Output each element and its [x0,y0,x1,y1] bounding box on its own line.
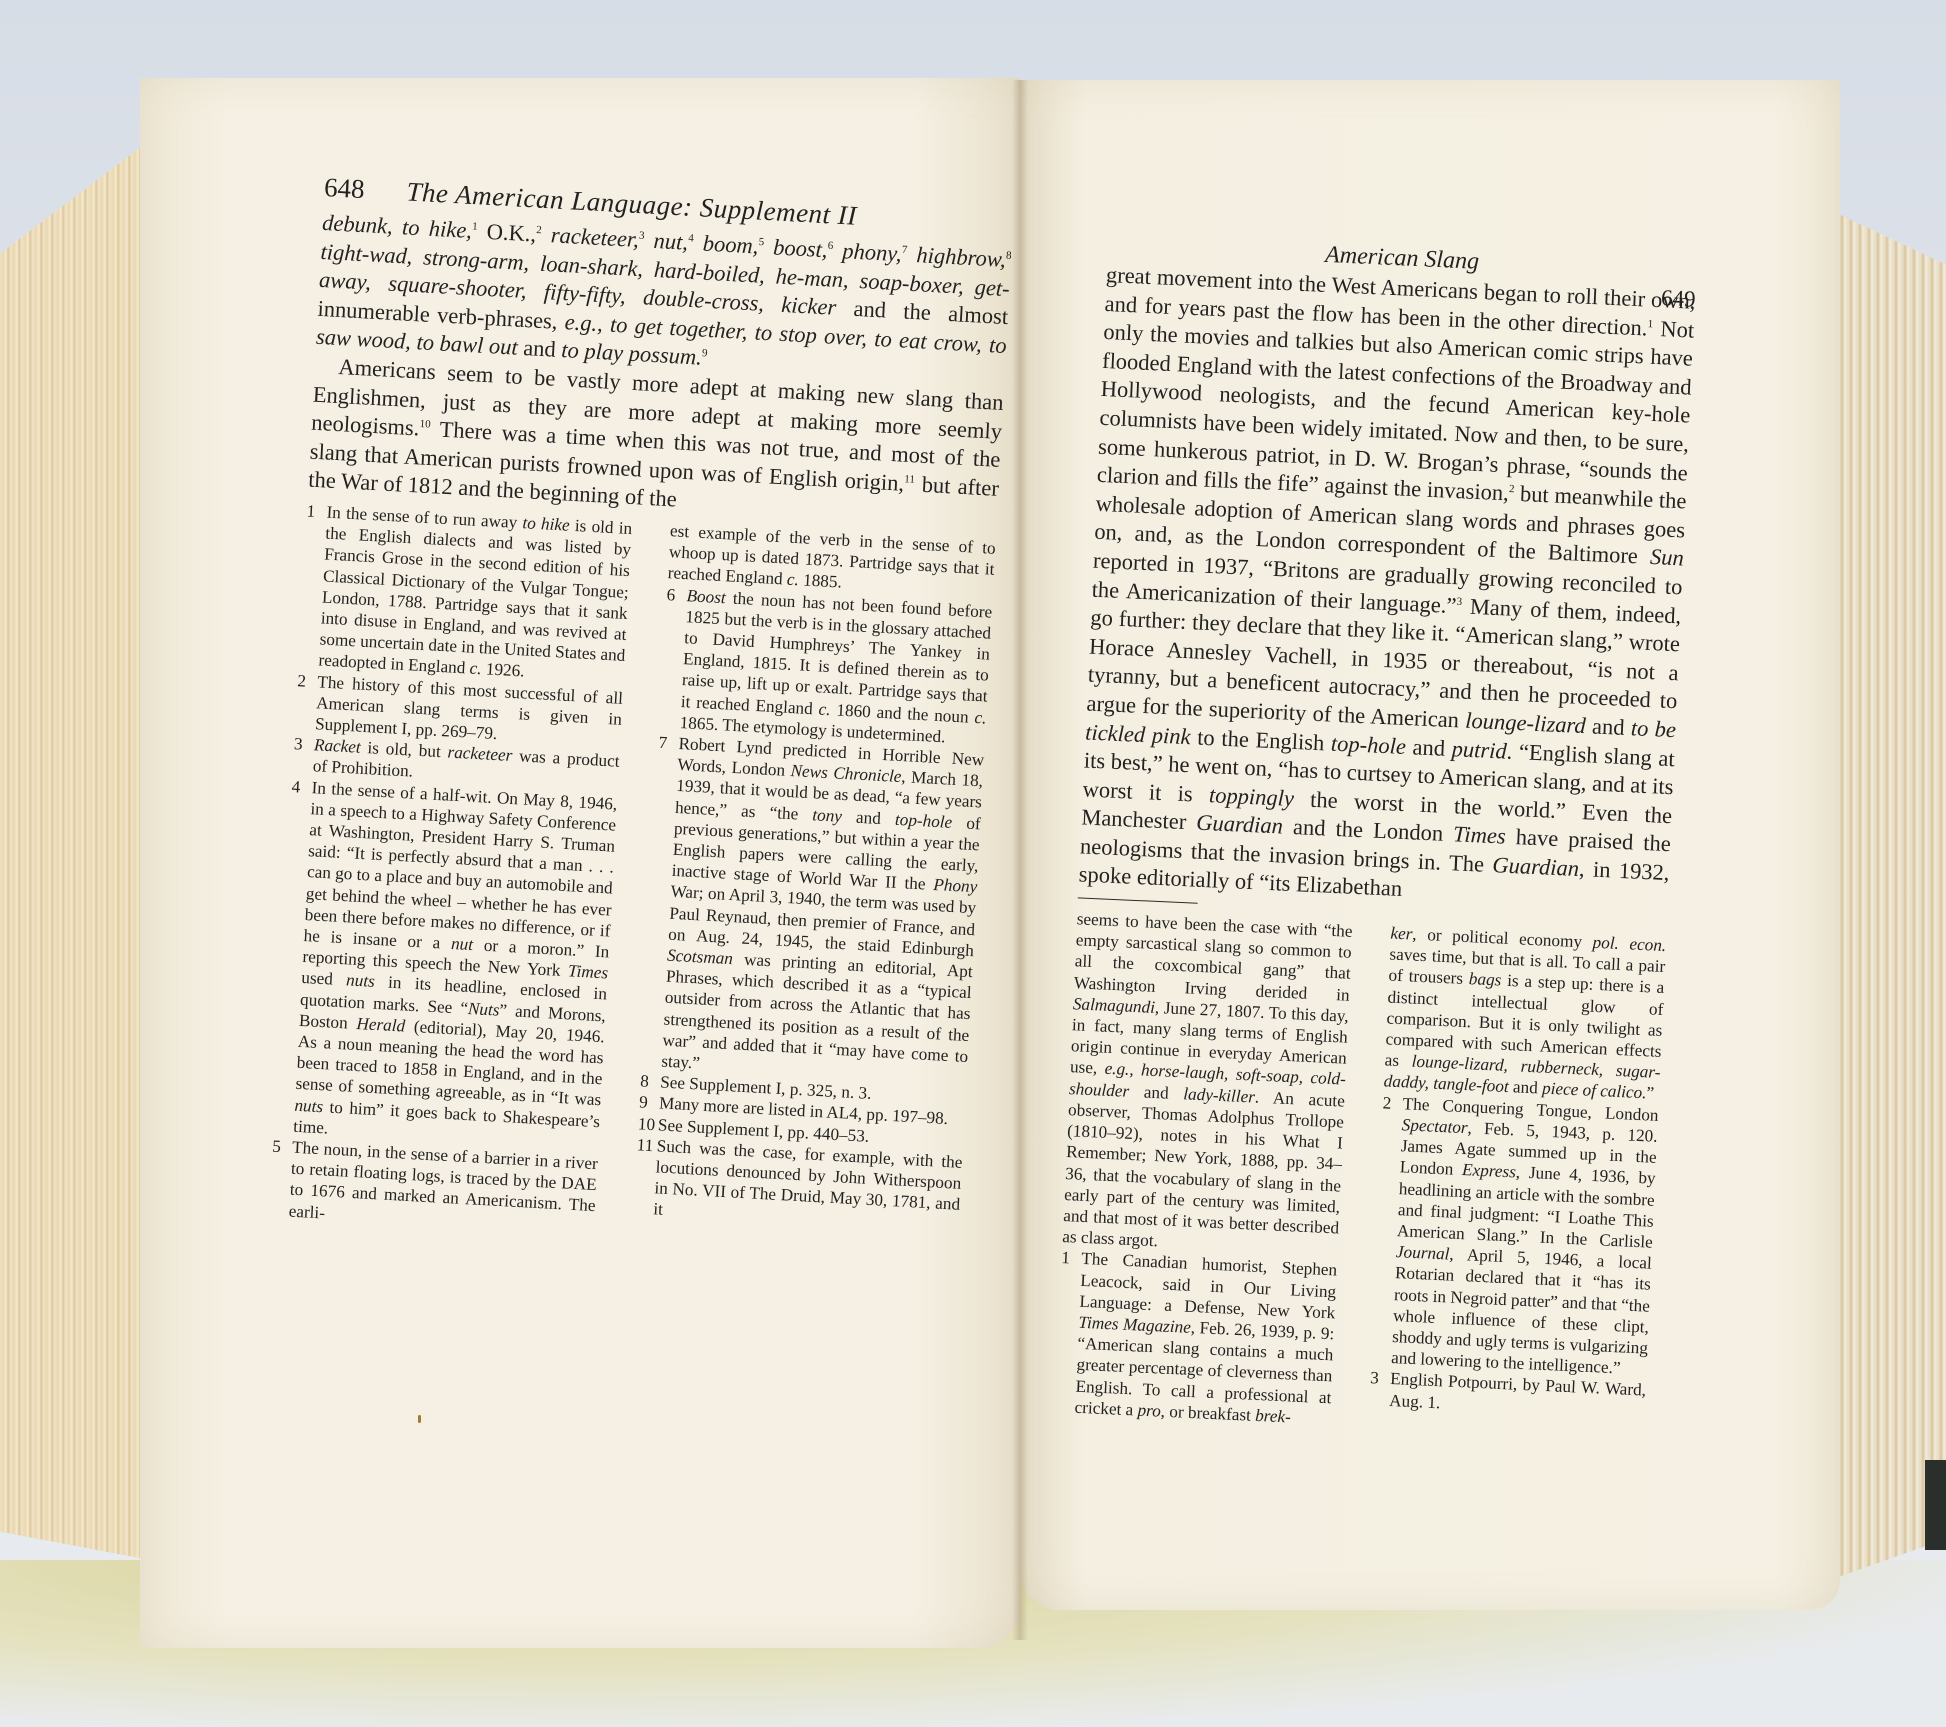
left-footnotes-col-1: 1In the sense of to run away to hike is … [268,500,633,1237]
text-run: Not only the movies and talkies but also… [1096,315,1694,505]
footnote-continuation: seems to have been the case with “the em… [1062,908,1353,1259]
text-run: and [1405,734,1452,761]
text-run: Times [1453,822,1507,849]
left-footnotes-col-2: est example of the verb in the sense of … [632,520,997,1257]
footnote: 2The Conquering Tongue, London Spectator… [1371,1092,1659,1380]
right-footnotes-col-1: seems to have been the case with “the em… [1054,908,1353,1429]
book-gutter [1012,80,1028,1640]
text-run: and the London [1282,814,1453,847]
text-run: pol. econ. [1592,933,1666,955]
text-run: nut [451,934,474,954]
text-run: , or breakfast [1160,1401,1255,1424]
page-number: 649 [1660,285,1696,313]
left-footnotes-col-2-list: 6Boost the noun has not been found befor… [633,584,993,1237]
text-run: and [517,335,562,362]
text-run: is old, but [360,738,448,762]
text-run: and [841,806,895,828]
text-run: top-hole [1330,730,1406,758]
footnote-continuation: ker, or political economy pol. econ. sav… [1383,923,1666,1105]
footnote-number: 10 [637,1113,658,1135]
text-run: racketeer [447,743,513,765]
text-run: nut, [644,227,689,254]
text-run: bags [1468,970,1501,990]
footnote-number: 8 [640,1071,661,1093]
text-run: is old in the English dialects and was l… [318,516,633,678]
text-run: tony [812,805,843,826]
text-run: pro [1137,1400,1161,1420]
footnote: 4In the sense of a half-wit. On May 8, 1… [273,776,618,1154]
right-page-content: American Slang 649 great movement into t… [1054,232,1697,1443]
text-run: and [1585,713,1631,740]
left-page-content: 648 The American Language: Supplement II… [268,172,1014,1258]
text-run: lounge-lizard [1465,708,1586,738]
text-run: c. [974,707,987,727]
left-page-stack-edge [0,140,150,1560]
right-footnotes-col-1-list: 1The Canadian humorist, Stephen Leacock,… [1054,1247,1337,1429]
footnote: 1The Canadian humorist, Stephen Leacock,… [1054,1247,1337,1429]
text-run: Spectator [1401,1115,1468,1137]
text-run: debunk, to hike, [322,210,473,243]
right-page-stack-edge [1830,210,1946,1580]
text-run: In the sense of a half-wit. On May 8, 19… [303,778,618,953]
text-run: seems to have been the case with “the em… [1073,909,1352,1004]
text-run: to hike [522,513,570,535]
text-run: and [1508,1078,1542,1098]
text-run: 1885. [798,571,842,592]
text-run: Phony [933,875,978,896]
text-run: putrid [1451,736,1507,763]
footnote-ref: 8 [1006,249,1012,261]
footnote-number: 9 [639,1092,660,1114]
text-run: the noun has not been found before 1825 … [680,588,992,718]
text-run: Times [568,962,609,983]
text-run: 1926. [481,660,525,681]
text-run: toppingly [1208,782,1294,811]
text-run: c. [818,699,831,719]
footnote-number: 2 [297,670,318,692]
left-footnotes: 1In the sense of to run away to hike is … [268,500,996,1257]
page-number: 648 [323,172,365,205]
text-run: lady-killer [1183,1084,1255,1106]
text-run: Times Magazine [1078,1313,1191,1337]
book-cover-corner [1925,1460,1946,1550]
text-run: used [301,968,347,989]
footnote-ref: 9 [702,348,708,360]
footnote-number: 2 [1382,1092,1403,1114]
text-run: was printing an editorial, Apt Phrases, … [661,949,973,1072]
text-run: ker [1390,924,1413,944]
right-footnotes: seems to have been the case with “the em… [1054,908,1666,1443]
text-run: top-hole [895,809,953,831]
footnote-ref: 11 [904,473,915,486]
right-footnotes-col-2-list: 2The Conquering Tongue, London Spectator… [1369,1092,1659,1422]
text-run: Boost [686,586,726,607]
footnote-number: 1 [306,500,327,522]
text-run: Herald [356,1014,406,1036]
text-run: highbrow, [907,242,1007,272]
text-run: Scotsman [667,946,734,969]
footnote-number: 4 [291,776,312,798]
running-head-title: American Slang [1325,242,1480,275]
text-run: . An acute observer, Thomas Adolphus Tro… [1062,1087,1345,1250]
footnote-number: 3 [293,733,314,755]
text-run: The Canadian humorist, Stephen Leacock, … [1079,1249,1338,1322]
text-run: Guardian [1492,852,1580,881]
text-run: Such was the case, for example, with the… [653,1136,963,1219]
text-run: to the English [1190,724,1332,755]
footnote-number: 1 [1061,1247,1082,1269]
right-body-text: great movement into the West Americans b… [1078,261,1696,916]
footnote-number: 5 [272,1136,293,1158]
paragraph: great movement into the West Americans b… [1078,261,1696,916]
text-run: nuts [294,1095,324,1116]
footnote: 6Boost the noun has not been found befor… [659,584,993,750]
footnote-number: 6 [666,584,687,606]
footnote-rule [1078,897,1198,903]
paper-speck [418,1415,421,1423]
footnote-number: 11 [636,1134,657,1156]
text-run: Racket [313,735,361,757]
footnote-number: 3 [1370,1367,1391,1389]
text-run: nuts [346,971,376,992]
footnote: 7Robert Lynd predicted in Horrible New W… [641,732,985,1088]
text-run: phony, [832,238,902,267]
left-body-text: debunk, to hike,1 O.K.,2 racketeer,3 nut… [308,209,1012,532]
text-run: Nuts [467,999,500,1020]
footnote-ref: 10 [419,418,431,431]
footnote-number: 7 [658,732,679,754]
text-run: Journal [1396,1242,1450,1263]
text-run: boom, [693,230,759,258]
text-run: Sun [1650,544,1685,571]
text-run: piece of calico. [1542,1079,1647,1103]
text-run: ” [1646,1084,1654,1103]
text-run: boost, [763,234,828,262]
text-run: brek- [1255,1406,1291,1427]
text-run: Express [1462,1160,1517,1181]
text-run: Guardian [1196,810,1284,839]
text-run: to play possum. [561,337,703,370]
footnote: 11Such was the case, for example, with t… [633,1134,963,1236]
footnote: 5The noun, in the sense of a barrier in … [268,1136,598,1238]
text-run: O.K., [477,218,537,246]
text-run: The noun, in the sense of a barrier in a… [288,1138,598,1222]
text-run: and [1129,1082,1184,1103]
right-footnotes-col-2: ker, or political economy pol. econ. sav… [1368,923,1667,1444]
text-run: racketeer, [541,222,640,252]
text-run: , April 5, 1946, a local Rotarian declar… [1391,1245,1652,1378]
footnote: 1In the sense of to run away to hike is … [298,500,633,687]
text-run: Salmagundi [1073,994,1156,1017]
